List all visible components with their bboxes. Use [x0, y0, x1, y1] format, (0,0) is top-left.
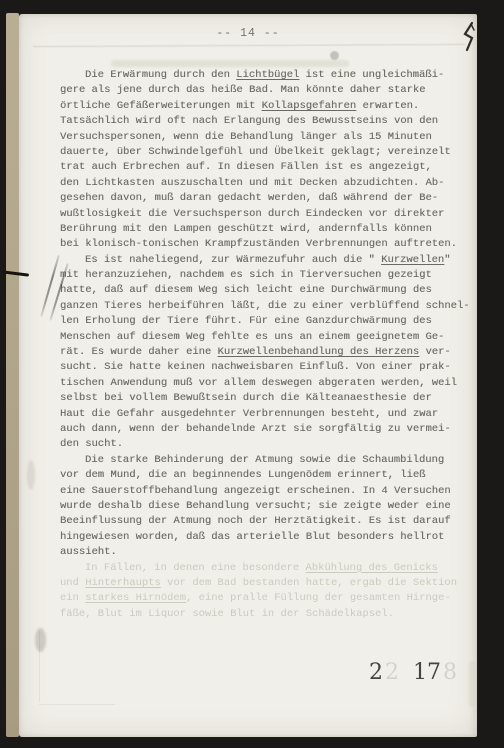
text-line: rät. Es wurde daher eine Kurzwellenbehan… — [60, 345, 472, 360]
text-line: gere als jene durch das heiße Bad. Man k… — [60, 83, 472, 98]
corner-pen-mark — [458, 21, 476, 53]
margin-slash-mark — [40, 255, 60, 317]
text-line: gesehen davon, muß daran gedacht werden,… — [60, 191, 472, 206]
paper-edge-shadow — [33, 44, 465, 47]
scan-black-frame: -- 14 -- Die Erwärmung durch den Lichtbü… — [0, 0, 504, 748]
text-line: vor dem Mund, die an beginnendes Lungenö… — [60, 468, 472, 483]
stamp-number-left: 2 — [369, 660, 383, 685]
stamp-number-ghost: 8 — [443, 660, 457, 685]
archive-stamp-numbers: 22178 — [369, 660, 457, 685]
text-line: Es ist naheliegend, zur Wärmezufuhr auch… — [60, 253, 472, 268]
text-line: sucht. Sie hatte keinen nachweisbaren Ei… — [60, 360, 472, 375]
page-edge-highlight — [469, 662, 475, 706]
text-line: hingewiesen worden, daß das arterielle B… — [60, 530, 472, 545]
text-line: tischen Anwendung muß vor allem deswegen… — [60, 376, 472, 391]
text-line: Versuchspersonen, wenn die Behandlung lä… — [60, 130, 472, 145]
paper-crease — [39, 630, 40, 702]
text-line: auch dann, wenn der behandelnde Arzt sie… — [60, 422, 472, 437]
bleed-through-smudge — [111, 60, 349, 67]
text-line: fäße, Blut im Liquor sowie Blut in der S… — [60, 607, 472, 622]
ink-smudge — [27, 460, 35, 490]
scanned-document-photo: { "header": { "page_number": "-- 14 --" … — [0, 0, 504, 748]
text-line: aussieht. — [60, 545, 472, 560]
text-line: ein starkes Hirnödem, eine pralle Füllun… — [60, 591, 472, 606]
typewritten-text: Die Erwärmung durch den Lichtbügel ist e… — [60, 68, 472, 622]
text-line: den sucht. — [60, 437, 472, 452]
text-line: und Hinterhaupts vor dem Bad bestanden h… — [60, 576, 472, 591]
text-line: ganzen Tieres herbeiführen läßt, die zu … — [60, 299, 472, 314]
text-line: dauerte, über Schwindelgefühl und Übelke… — [60, 145, 472, 160]
text-line: selbst bei vollem Bewußtsein durch die K… — [60, 391, 472, 406]
text-line: Menschen auf diesem Weg fehlte es uns an… — [60, 330, 472, 345]
text-line: len Erholung der Tiere führt. Für eine G… — [60, 314, 472, 329]
paper-crease — [39, 704, 115, 705]
text-line: Berührung mit den Lampen geschützt wird,… — [60, 222, 472, 237]
text-line: trat auch Erbrechen auf. In diesen Fälle… — [60, 160, 472, 175]
ink-smudge — [35, 628, 46, 652]
document-page: -- 14 -- Die Erwärmung durch den Lichtbü… — [19, 14, 477, 737]
stamp-number-right: 17 — [413, 660, 441, 685]
book-gutter-edge — [6, 13, 19, 737]
stamp-number-ghost: 2 — [385, 660, 399, 685]
text-line: Tatsächlich wird oft nach Erlangung des … — [60, 114, 472, 129]
text-line: Die Erwärmung durch den Lichtbügel ist e… — [60, 68, 472, 83]
text-line: mit heranzuziehen, nachdem es sich in Ti… — [60, 268, 472, 283]
text-line: wußtlosigkeit die Versuchsperson durch E… — [60, 207, 472, 222]
text-line: Haut die Gefahr ausgedehnter Verbrennung… — [60, 407, 472, 422]
text-line: Die starke Behinderung der Atmung sowie … — [60, 453, 472, 468]
text-line: bei klonisch-tonischen Krampfzuständen V… — [60, 237, 472, 252]
text-line: In Fällen, in denen eine besondere Abküh… — [60, 561, 472, 576]
text-line: eine Sauerstoffbehandlung angezeigt ersc… — [60, 484, 472, 499]
page-number-header: -- 14 -- — [19, 27, 477, 40]
text-line: Beeinflussung der Atmung noch der Herztä… — [60, 514, 472, 529]
text-line: örtliche Gefäßerweiterungen mit Kollapsg… — [60, 99, 472, 114]
text-line: hatte, daß auf diesem Weg sich leicht ei… — [60, 283, 472, 298]
text-line: wurde deshalb diese Behandlung versucht;… — [60, 499, 472, 514]
text-line: den Lichtkasten auszuschalten und mit De… — [60, 176, 472, 191]
